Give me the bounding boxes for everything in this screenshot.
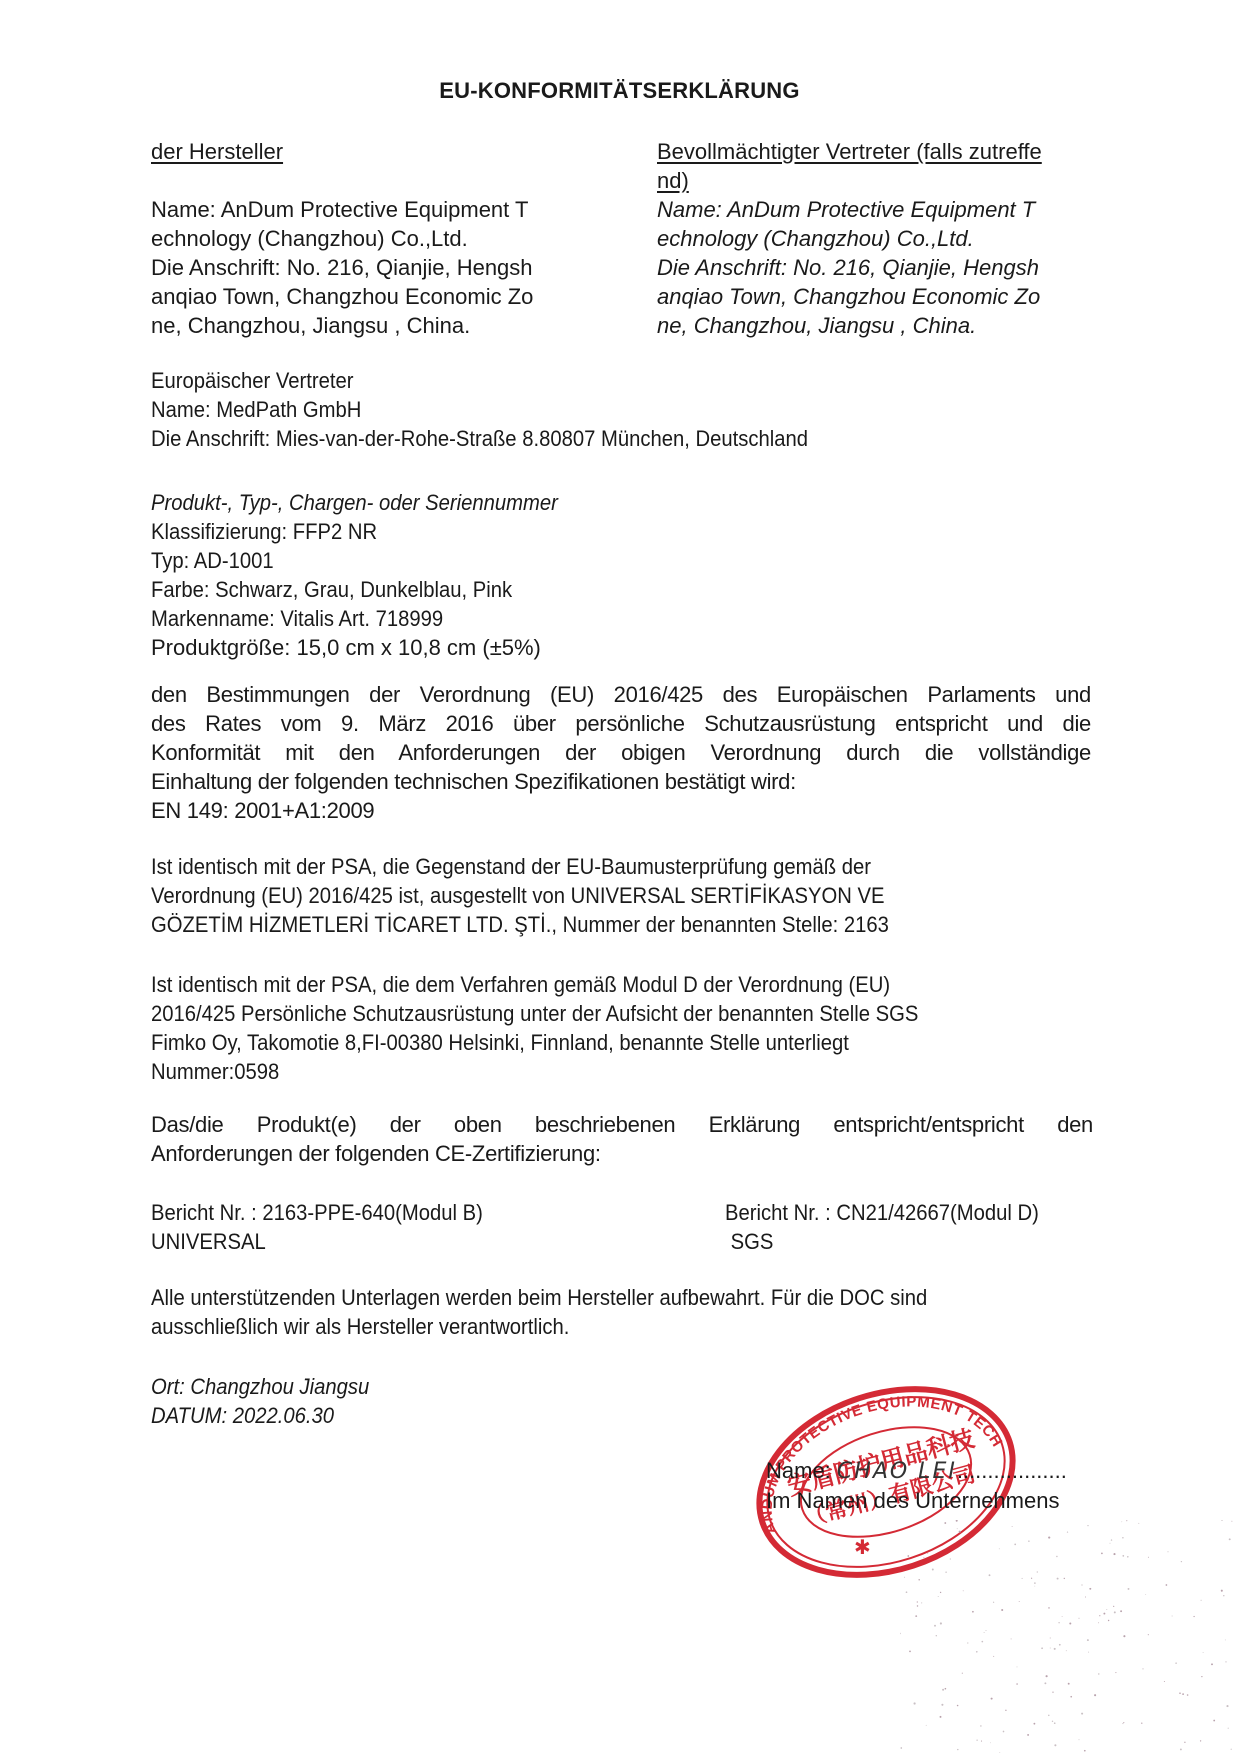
eu-rep-line: Die Anschrift: Mies-van-der-Rohe-Straße … bbox=[151, 424, 808, 453]
paragraph-line: ausschließlich wir als Hersteller verant… bbox=[151, 1312, 927, 1341]
product-line: Klassifizierung: FFP2 NR bbox=[151, 517, 558, 546]
document-title: EU-KONFORMITÄTSERKLÄRUNG bbox=[0, 78, 1239, 104]
responsibility-paragraph: Alle unterstützenden Unterlagen werden b… bbox=[151, 1283, 995, 1341]
signature-section: Name: CHAO LEI.................. Im Name… bbox=[766, 1456, 1067, 1515]
on-behalf-label: Im Namen des Unternehmens bbox=[766, 1486, 1067, 1515]
module-d-paragraph: Ist identisch mit der PSA, die dem Verfa… bbox=[151, 970, 985, 1086]
ce-paragraph: Das/die Produkt(e) der oben beschriebene… bbox=[151, 1110, 1093, 1168]
report-body: UNIVERSAL bbox=[151, 1227, 483, 1256]
product-line: Produktgröße: 15,0 cm x 10,8 cm (±5%) bbox=[151, 633, 593, 662]
manufacturer-heading: der Hersteller bbox=[151, 137, 591, 166]
paragraph-line: Verordnung (EU) 2016/425 ist, ausgestell… bbox=[151, 881, 889, 910]
manufacturer-line: echnology (Changzhou) Co.,Ltd. bbox=[151, 224, 591, 253]
paragraph-line: GÖZETİM HİZMETLERİ TİCARET LTD. ŞTİ., Nu… bbox=[151, 910, 889, 939]
manufacturer-line: Name: AnDum Protective Equipment T bbox=[151, 195, 591, 224]
report-universal: Bericht Nr. : 2163-PPE-640(Modul B) UNIV… bbox=[151, 1198, 512, 1256]
place-date-section: Ort: Changzhou Jiangsu DATUM: 2022.06.30 bbox=[151, 1372, 388, 1430]
standard-reference: EN 149: 2001+A1:2009 bbox=[151, 796, 1091, 825]
report-number: Bericht Nr. : 2163-PPE-640(Modul B) bbox=[151, 1198, 483, 1227]
paragraph-line: Einhaltung der folgenden technischen Spe… bbox=[151, 767, 1091, 796]
regulation-paragraph: den Bestimmungen der Verordnung (EU) 201… bbox=[151, 680, 1091, 825]
signature-name-line: Name: CHAO LEI.................. bbox=[766, 1456, 1067, 1486]
report-sgs: Bericht Nr. : CN21/42667(Modul D) SGS bbox=[725, 1198, 1066, 1256]
signature-dots: .................. bbox=[957, 1458, 1067, 1483]
paragraph-line: 2016/425 Persönliche Schutzausrüstung un… bbox=[151, 999, 918, 1028]
manufacturer-line: Die Anschrift: No. 216, Qianjie, Hengsh bbox=[151, 253, 591, 282]
product-section: Produkt-, Typ-, Chargen- oder Seriennumm… bbox=[151, 488, 593, 662]
paragraph-line: Ist identisch mit der PSA, die Gegenstan… bbox=[151, 852, 889, 881]
authorized-rep-line: Name: AnDum Protective Equipment T bbox=[657, 195, 1097, 224]
paragraph-line: Fimko Oy, Takomotie 8,FI-00380 Helsinki,… bbox=[151, 1028, 918, 1057]
paragraph-line: Konformität mit den Anforderungen der ob… bbox=[151, 738, 1091, 767]
manufacturer-line: anqiao Town, Changzhou Economic Zo bbox=[151, 282, 591, 311]
paragraph-line: Das/die Produkt(e) der oben beschriebene… bbox=[151, 1110, 1093, 1139]
spacer bbox=[151, 166, 591, 195]
authorized-rep-line: echnology (Changzhou) Co.,Ltd. bbox=[657, 224, 1097, 253]
eu-representative-section: Europäischer Vertreter Name: MedPath Gmb… bbox=[151, 366, 865, 453]
authorized-rep-line: Die Anschrift: No. 216, Qianjie, Hengsh bbox=[657, 253, 1097, 282]
product-line: Farbe: Schwarz, Grau, Dunkelblau, Pink bbox=[151, 575, 558, 604]
report-number: Bericht Nr. : CN21/42667(Modul D) bbox=[725, 1198, 1039, 1227]
authorized-rep-section: Bevollmächtigter Vertreter (falls zutref… bbox=[657, 137, 1097, 340]
paragraph-line: Ist identisch mit der PSA, die dem Verfa… bbox=[151, 970, 918, 999]
star-icon: ✱ bbox=[854, 1535, 871, 1559]
eu-rep-line: Europäischer Vertreter bbox=[151, 366, 808, 395]
place: Ort: Changzhou Jiangsu bbox=[151, 1372, 369, 1401]
scan-noise bbox=[900, 1520, 1239, 1753]
paragraph-line: des Rates vom 9. März 2016 über persönli… bbox=[151, 709, 1091, 738]
signature-label: Name: bbox=[766, 1458, 837, 1483]
paragraph-line: Alle unterstützenden Unterlagen werden b… bbox=[151, 1283, 927, 1312]
paragraph-line: den Bestimmungen der Verordnung (EU) 201… bbox=[151, 680, 1091, 709]
eu-rep-line: Name: MedPath GmbH bbox=[151, 395, 808, 424]
report-body: SGS bbox=[725, 1227, 1039, 1256]
handwritten-signature: CHAO LEI bbox=[837, 1459, 957, 1484]
authorized-rep-line: anqiao Town, Changzhou Economic Zo bbox=[657, 282, 1097, 311]
paragraph-line: Nummer:0598 bbox=[151, 1057, 918, 1086]
date: DATUM: 2022.06.30 bbox=[151, 1401, 369, 1430]
authorized-rep-heading: Bevollmächtigter Vertreter (falls zutref… bbox=[657, 137, 1097, 166]
product-line: Typ: AD-1001 bbox=[151, 546, 558, 575]
declaration-page: EU-KONFORMITÄTSERKLÄRUNG der Hersteller … bbox=[0, 0, 1239, 1753]
paragraph-line: Anforderungen der folgenden CE-Zertifizi… bbox=[151, 1139, 1093, 1168]
manufacturer-section: der Hersteller Name: AnDum Protective Eq… bbox=[151, 137, 591, 340]
product-heading: Produkt-, Typ-, Chargen- oder Seriennumm… bbox=[151, 488, 558, 517]
product-line: Markenname: Vitalis Art. 718999 bbox=[151, 604, 558, 633]
authorized-rep-heading: nd) bbox=[657, 166, 1097, 195]
type-exam-paragraph: Ist identisch mit der PSA, die Gegenstan… bbox=[151, 852, 953, 939]
manufacturer-line: ne, Changzhou, Jiangsu , China. bbox=[151, 311, 591, 340]
authorized-rep-line: ne, Changzhou, Jiangsu , China. bbox=[657, 311, 1097, 340]
